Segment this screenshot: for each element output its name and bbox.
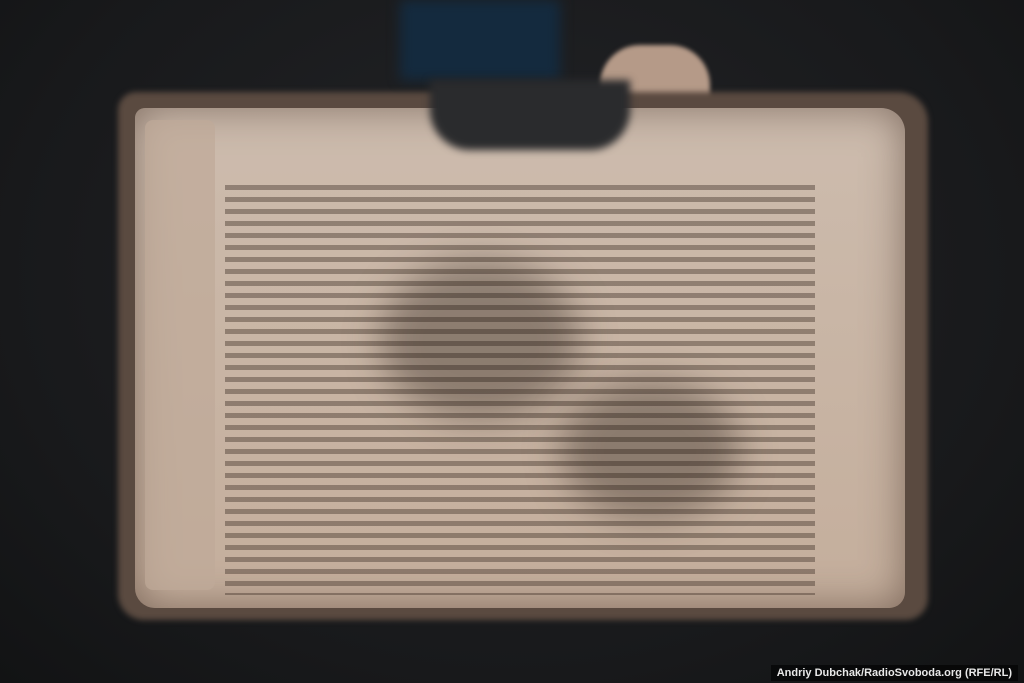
burned-top-notch: [430, 80, 630, 150]
left-page-strip: [145, 120, 215, 590]
char-stain: [560, 380, 740, 520]
char-stain: [380, 260, 580, 420]
blue-background-patch: [400, 0, 560, 80]
photo-credit: Andriy Dubchak/RadioSvoboda.org (RFE/RL): [771, 665, 1018, 681]
